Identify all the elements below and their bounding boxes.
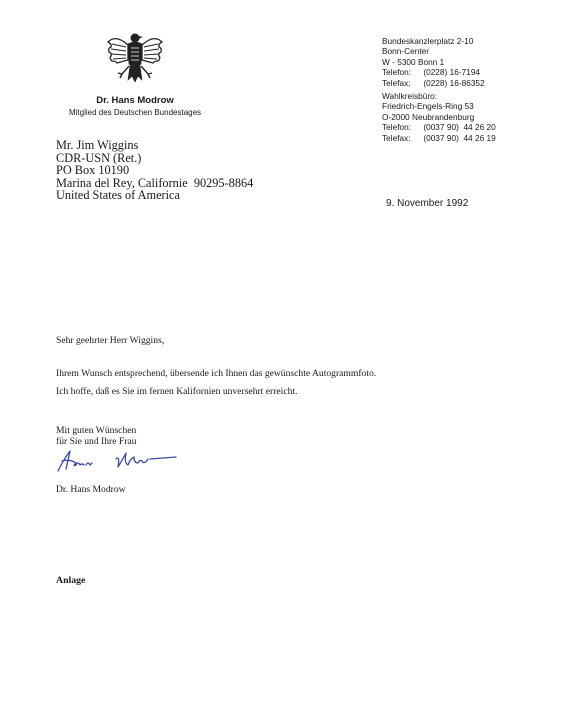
office-phone: Telefon: (0228) 16-7194 xyxy=(382,67,485,77)
closing: Mit guten Wünschen für Sie und Ihre Frau xyxy=(56,425,136,447)
phone-number: (0037 90) 44 26 20 xyxy=(423,122,495,132)
signer-name: Dr. Hans Modrow xyxy=(56,484,126,495)
closing-line: Mit guten Wünschen xyxy=(56,425,136,436)
sender-title: Mitglied des Deutschen Bundestages xyxy=(50,108,220,117)
fax-number: (0228) 16-86352 xyxy=(423,78,484,88)
fax-label: Telefax: xyxy=(382,78,421,88)
constituency-heading: Wahlkreisbüro: xyxy=(382,91,496,101)
federal-eagle-icon xyxy=(104,28,166,90)
letter-date: 9. November 1992 xyxy=(386,198,468,209)
signature xyxy=(54,447,194,475)
body-paragraph: Ihrem Wunsch entsprechend, übersende ich… xyxy=(56,368,376,379)
recipient-line: PO Box 10190 xyxy=(56,164,253,177)
office-city: W - 5300 Bonn 1 xyxy=(382,57,485,67)
phone-label: Telefon: xyxy=(382,67,421,77)
recipient-address: Mr. Jim Wiggins CDR-USN (Ret.) PO Box 10… xyxy=(56,139,253,202)
fax-number: (0037 90) 44 26 19 xyxy=(423,133,495,143)
constituency-fax: Telefax: (0037 90) 44 26 19 xyxy=(382,133,496,143)
body-paragraph: Ich hoffe, daß es Sie im fernen Kaliforn… xyxy=(56,386,297,397)
phone-number: (0228) 16-7194 xyxy=(423,67,480,77)
office-street: Bundeskanzlerplatz 2-10 xyxy=(382,36,485,46)
office-fax: Telefax: (0228) 16-86352 xyxy=(382,78,485,88)
recipient-line: United States of America xyxy=(56,189,253,202)
office-building: Bonn-Center xyxy=(382,46,485,56)
closing-line: für Sie und Ihre Frau xyxy=(56,436,136,447)
enclosure-note: Anlage xyxy=(56,575,85,586)
office-address: Bundeskanzlerplatz 2-10 Bonn-Center W - … xyxy=(382,36,485,88)
phone-label: Telefon: xyxy=(382,122,421,132)
fax-label: Telefax: xyxy=(382,133,421,143)
salutation: Sehr geehrter Herr Wiggins, xyxy=(56,335,164,346)
constituency-office: Wahlkreisbüro: Friedrich-Engels-Ring 53 … xyxy=(382,91,496,143)
constituency-phone: Telefon: (0037 90) 44 26 20 xyxy=(382,122,496,132)
constituency-street: Friedrich-Engels-Ring 53 xyxy=(382,101,496,111)
recipient-line: Mr. Jim Wiggins xyxy=(56,139,253,152)
constituency-city: O-2000 Neubrandenburg xyxy=(382,112,496,122)
sender-name: Dr. Hans Modrow xyxy=(60,95,210,106)
